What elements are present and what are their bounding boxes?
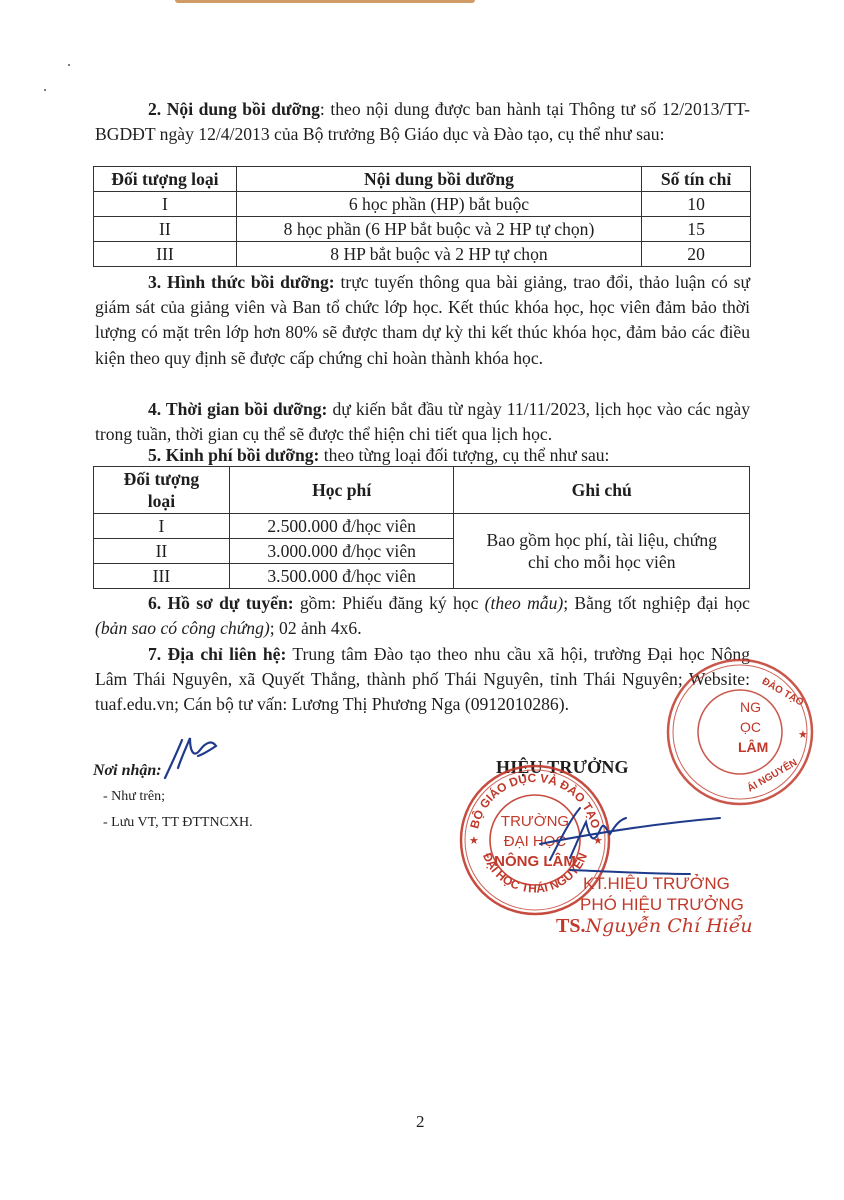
section-6-heading: 6. Hồ sơ dự tuyển: bbox=[148, 593, 294, 613]
section-6-paragraph: 6. Hồ sơ dự tuyển: gồm: Phiếu đăng ký họ… bbox=[95, 591, 750, 641]
column-header: Học phí bbox=[229, 467, 454, 514]
signer-name: TS.Nguyễn Chí Hiểu bbox=[556, 915, 753, 938]
section-5-paragraph: 5. Kinh phí bồi dưỡng: theo từng loại đố… bbox=[95, 443, 750, 468]
table-cell: 10 bbox=[642, 192, 751, 217]
column-header: Nội dung bồi dưỡng bbox=[236, 167, 641, 192]
section-5-heading: 5. Kinh phí bồi dưỡng: bbox=[148, 445, 319, 465]
page-number: 2 bbox=[416, 1112, 425, 1132]
initial-signature-icon bbox=[160, 728, 220, 788]
column-header: Ghi chú bbox=[454, 467, 750, 514]
section-7-paragraph: 7. Địa chỉ liên hệ: Trung tâm Đào tạo th… bbox=[95, 642, 750, 718]
svg-text:LÂM: LÂM bbox=[738, 738, 768, 755]
table-header-row: Đối tượng loại Nội dung bồi dưỡng Số tín… bbox=[94, 167, 751, 192]
signer-full-name: Nguyễn Chí Hiểu bbox=[585, 915, 752, 937]
table-cell: III bbox=[94, 242, 237, 267]
recipient-item: - Lưu VT, TT ĐTTNCXH. bbox=[93, 810, 253, 836]
scan-edge-artifact bbox=[175, 0, 475, 3]
section-5-text: theo từng loại đối tượng, cụ thể như sau… bbox=[319, 445, 609, 465]
svg-text:★: ★ bbox=[469, 835, 479, 847]
table-cell: 8 học phần (6 HP bắt buộc và 2 HP tự chọ… bbox=[236, 217, 641, 242]
svg-text:ỌC: ỌC bbox=[740, 719, 761, 735]
column-header: Đối tượng loại bbox=[94, 167, 237, 192]
section-6-italic: (theo mẫu) bbox=[485, 593, 564, 613]
scan-speck bbox=[68, 64, 70, 66]
table-row: III 8 HP bắt buộc và 2 HP tự chọn 20 bbox=[94, 242, 751, 267]
table-row: II 8 học phần (6 HP bắt buộc và 2 HP tự … bbox=[94, 217, 751, 242]
section-4-paragraph: 4. Thời gian bồi dưỡng: dự kiến bắt đầu … bbox=[95, 397, 750, 447]
section-6-italic: (bản sao có công chứng) bbox=[95, 618, 270, 638]
table-cell: 6 học phần (HP) bắt buộc bbox=[236, 192, 641, 217]
section-4-heading: 4. Thời gian bồi dưỡng: bbox=[148, 399, 327, 419]
table-cell: 3.000.000 đ/học viên bbox=[229, 539, 454, 564]
section-2-text: : theo nội dung được ban hành tại Thông … bbox=[320, 99, 656, 119]
signature-role-2: PHÓ HIỆU TRƯỞNG bbox=[580, 895, 744, 915]
table-cell: 20 bbox=[642, 242, 751, 267]
section-7-heading: 7. Địa chỉ liên hệ: bbox=[148, 644, 286, 664]
table-cell: 8 HP bắt buộc và 2 HP tự chọn bbox=[236, 242, 641, 267]
section-2-paragraph: 2. Nội dung bồi dưỡng: theo nội dung đượ… bbox=[95, 97, 750, 147]
table-row: I 6 học phần (HP) bắt buộc 10 bbox=[94, 192, 751, 217]
content-table: Đối tượng loại Nội dung bồi dưỡng Số tín… bbox=[93, 166, 751, 267]
column-header: Đối tượng loại bbox=[94, 467, 230, 514]
table-cell: 3.500.000 đ/học viên bbox=[229, 564, 454, 589]
partial-stamp-icon: NG ỌC LÂM ★ ĐÀO TẠO ÁI NGUYÊN bbox=[700, 660, 844, 805]
table-cell: 2.500.000 đ/học viên bbox=[229, 514, 454, 539]
table-cell: I bbox=[94, 514, 230, 539]
table-cell: III bbox=[94, 564, 230, 589]
section-2-heading: 2. Nội dung bồi dưỡng bbox=[148, 99, 320, 119]
table-cell: II bbox=[94, 539, 230, 564]
svg-text:NG: NG bbox=[740, 699, 761, 715]
section-6-text: ; 02 ảnh 4x6. bbox=[270, 618, 362, 638]
fee-note-cell: Bao gồm học phí, tài liệu, chứng chỉ cho… bbox=[454, 514, 750, 589]
table-cell: II bbox=[94, 217, 237, 242]
table-row: I 2.500.000 đ/học viên Bao gồm học phí, … bbox=[94, 514, 750, 539]
svg-text:★: ★ bbox=[798, 729, 808, 741]
column-header: Số tín chỉ bbox=[642, 167, 751, 192]
section-3-paragraph: 3. Hình thức bồi dưỡng: trực tuyến thông… bbox=[95, 270, 750, 371]
table-cell: 15 bbox=[642, 217, 751, 242]
signer-title-prefix: TS. bbox=[556, 915, 585, 937]
table-header-row: Đối tượng loại Học phí Ghi chú bbox=[94, 467, 750, 514]
fee-table: Đối tượng loại Học phí Ghi chú I 2.500.0… bbox=[93, 466, 750, 589]
section-6-text: ; Bằng tốt nghiệp đại học bbox=[563, 593, 750, 613]
section-6-text: gồm: Phiếu đăng ký học bbox=[294, 593, 485, 613]
signature-role-1: KT.HIỆU TRƯỞNG bbox=[583, 874, 730, 894]
scan-speck bbox=[44, 89, 46, 91]
section-3-heading: 3. Hình thức bồi dưỡng: bbox=[148, 272, 335, 292]
table-cell: I bbox=[94, 192, 237, 217]
